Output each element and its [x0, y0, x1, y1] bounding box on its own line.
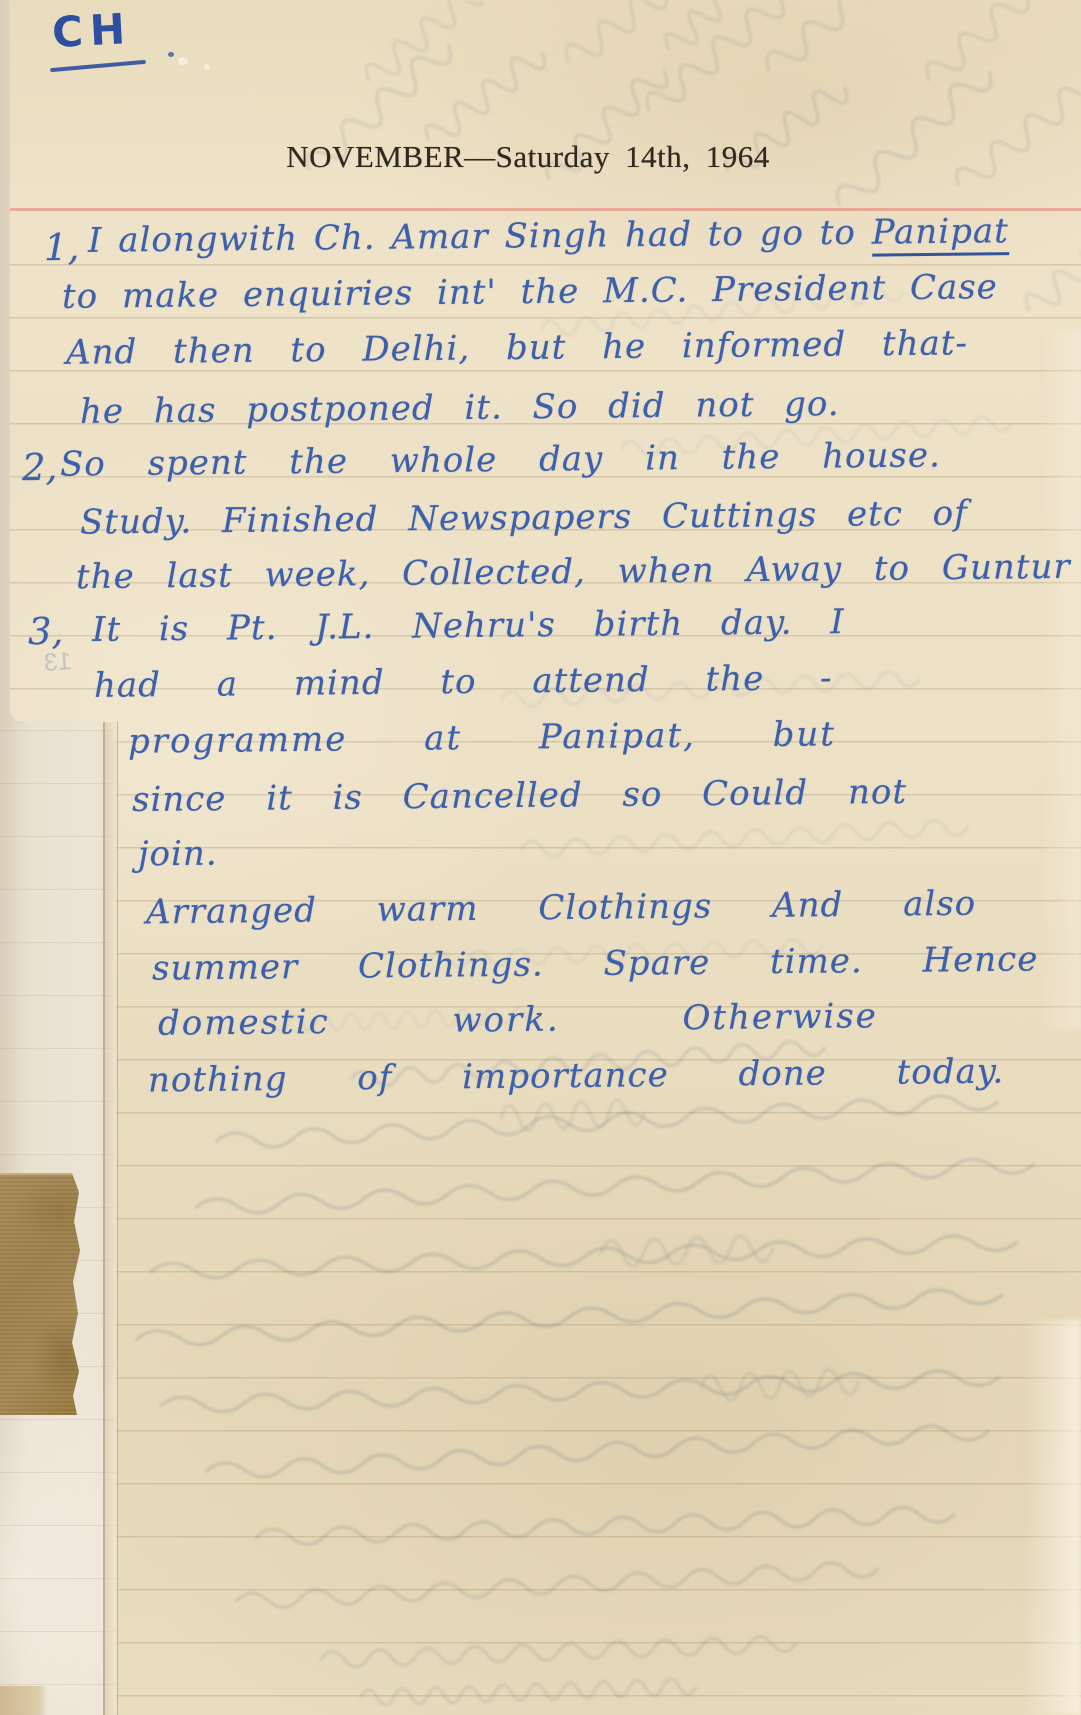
diary-sheet: NOVEMBER—Saturday 14th, 1964 CH 13 1, 2,…: [0, 0, 1081, 1715]
entry-line-text: join.: [138, 834, 218, 875]
sheet-edge-line: [103, 722, 118, 1715]
entry-line-text: he has postponed it. So did not go.: [80, 384, 840, 432]
entry-line-text: since it is Cancelled so Could not: [132, 772, 907, 820]
entry-line-text: programme at Panipat, but: [128, 714, 836, 761]
entry-line-text: It is Pt. J.L. Nehru's birth day. I: [92, 602, 845, 650]
entry-line: he has postponed it. So did not go.: [80, 384, 840, 432]
entry-line: It is Pt. J.L. Nehru's birth day. I: [92, 602, 845, 650]
date-heading: NOVEMBER—Saturday 14th, 1964: [0, 139, 1056, 175]
entry-line: programme at Panipat, but: [128, 714, 836, 761]
corner-initials: CH: [51, 4, 133, 57]
entry-line-text: I alongwith Ch. Amar Singh had to go to: [88, 213, 872, 261]
underlined-place: Panipat: [871, 211, 1009, 256]
ink-dot: [168, 52, 174, 57]
tape-patch: [0, 1173, 81, 1415]
margin-number: 1,: [44, 226, 80, 269]
entry-line: join.: [138, 834, 218, 875]
margin-number: 2,: [22, 446, 58, 489]
entry-line-text: domestic work. Otherwise: [158, 996, 878, 1044]
bottom-left-patch: [0, 1686, 48, 1715]
entry-line: had a mind to attend the -: [94, 658, 833, 706]
entry-line: since it is Cancelled so Could not: [132, 772, 907, 820]
diary-page-scan: NOVEMBER—Saturday 14th, 1964 CH 13 1, 2,…: [0, 0, 1081, 1715]
entry-line: domestic work. Otherwise: [158, 996, 878, 1044]
margin-number: 3,: [28, 610, 64, 653]
entry-line-text: had a mind to attend the -: [94, 658, 833, 706]
